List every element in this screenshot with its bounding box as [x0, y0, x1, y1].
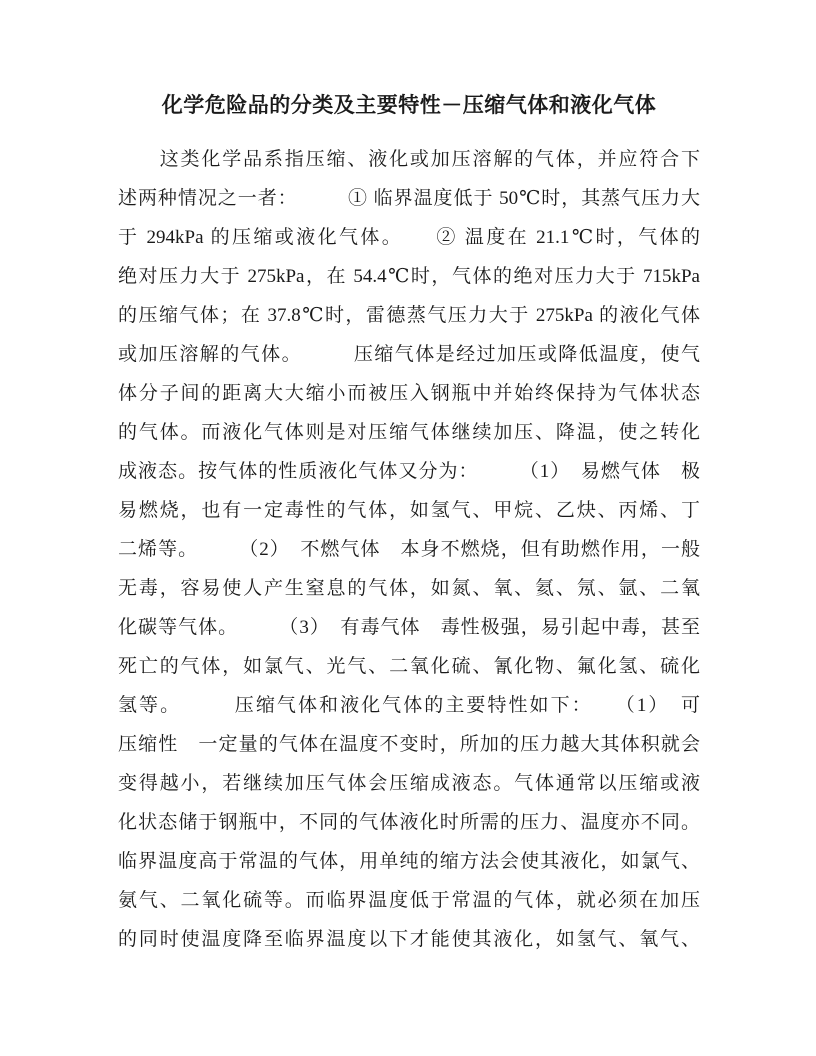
text-line: 氢等。 压缩气体和液化气体的主要特性如下： （1） 可: [118, 686, 700, 725]
document-title: 化学危险品的分类及主要特性－压缩气体和液化气体: [118, 92, 700, 118]
text-line: 无毒，容易使人产生窒息的气体，如氮、氧、氦、氖、氩、二氧: [118, 569, 700, 608]
text-line: 绝对压力大于 275kPa，在 54.4℃时，气体的绝对压力大于 715kPa: [118, 257, 700, 296]
document-page: 化学危险品的分类及主要特性－压缩气体和液化气体 这类化学品系指压缩、液化或加压溶…: [0, 0, 816, 1056]
text-line: 二烯等。 （2） 不燃气体 本身不燃烧，但有助燃作用，一般: [118, 530, 700, 569]
text-line: 氨气、二氧化硫等。而临界温度低于常温的气体，就必须在加压: [118, 881, 700, 920]
text-line: 这类化学品系指压缩、液化或加压溶解的气体，并应符合下: [118, 140, 700, 179]
text-line: 易燃烧，也有一定毒性的气体，如氢气、甲烷、乙炔、丙烯、丁: [118, 491, 700, 530]
text-line: 化状态储于钢瓶中，不同的气体液化时所需的压力、温度亦不同。: [118, 803, 700, 842]
text-line: 的同时使温度降至临界温度以下才能使其液化，如氢气、氧气、: [118, 920, 700, 959]
text-line: 或加压溶解的气体。 压缩气体是经过加压或降低温度，使气: [118, 335, 700, 374]
text-line: 述两种情况之一者： ① 临界温度低于 50℃时，其蒸气压力大: [118, 179, 700, 218]
text-line: 死亡的气体，如氯气、光气、二氧化硫、氰化物、氟化氢、硫化: [118, 647, 700, 686]
text-line: 变得越小，若继续加压气体会压缩成液态。气体通常以压缩或液: [118, 764, 700, 803]
text-line: 的气体。而液化气体则是对压缩气体继续加压、降温，使之转化: [118, 413, 700, 452]
document-body: 这类化学品系指压缩、液化或加压溶解的气体，并应符合下述两种情况之一者： ① 临界…: [118, 140, 700, 959]
text-line: 压缩性 一定量的气体在温度不变时，所加的压力越大其体积就会: [118, 725, 700, 764]
text-line: 体分子间的距离大大缩小而被压入钢瓶中并始终保持为气体状态: [118, 374, 700, 413]
text-line: 临界温度高于常温的气体，用单纯的缩方法会使其液化，如氯气、: [118, 842, 700, 881]
text-line: 化碳等气体。 （3） 有毒气体 毒性极强，易引起中毒，甚至: [118, 608, 700, 647]
text-line: 于 294kPa 的压缩或液化气体。 ② 温度在 21.1℃时，气体的: [118, 218, 700, 257]
text-line: 成液态。按气体的性质液化气体又分为： （1） 易燃气体 极: [118, 452, 700, 491]
text-line: 的压缩气体；在 37.8℃时，雷德蒸气压力大于 275kPa 的液化气体: [118, 296, 700, 335]
